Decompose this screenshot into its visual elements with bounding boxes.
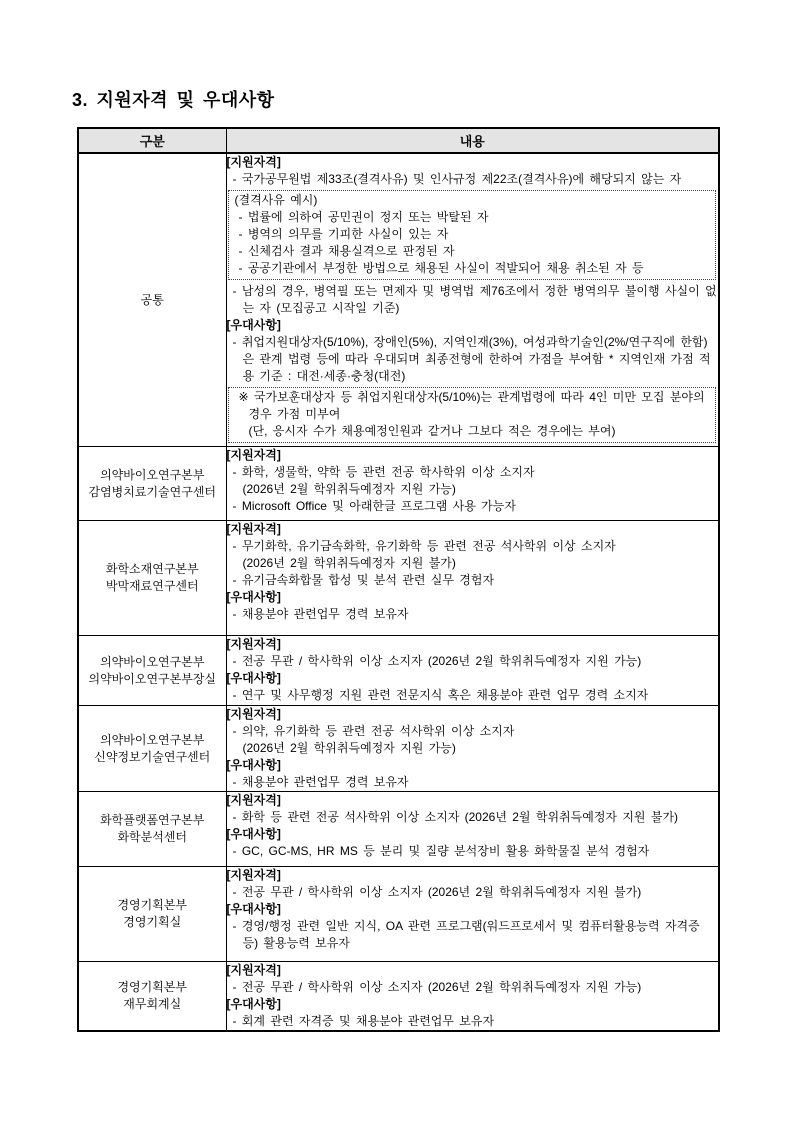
content-line: - 병역의 의무를 기피한 사실이 있는 자 [233, 226, 712, 243]
category-line: 화학소재연구본부 [79, 561, 226, 578]
section-header: [지원자격] [227, 792, 719, 809]
category-line: 재무회계실 [79, 996, 226, 1013]
category-cell: 화학플랫폼연구본부화학분석센터 [78, 792, 226, 867]
category-line: 화학분석센터 [79, 829, 226, 846]
category-line: 의약바이오연구본부 [79, 732, 226, 749]
category-line: 의약바이오연구본부 [79, 467, 226, 484]
category-line: 신약정보기술연구센터 [79, 749, 226, 766]
category-cell: 의약바이오연구본부신약정보기술연구센터 [78, 706, 226, 792]
table-header-row: 구분 내용 [78, 128, 719, 153]
table-row: 경영기획본부경영기획실[지원자격]- 전공 무관 / 학사학위 이상 소지자 (… [78, 867, 719, 962]
section-header: [지원자격] [227, 962, 719, 979]
content-cell: [지원자격]- 무기화학, 유기금속화학, 유기화학 등 관련 전공 석사학위 … [226, 521, 719, 636]
content-line: - 의약, 유기화학 등 관련 전공 석사학위 이상 소지자 [227, 723, 719, 740]
content-line: (단, 응시자 수가 채용예정인원과 같거나 그보다 적은 경우에는 부여) [233, 423, 712, 440]
section-header: [우대사항] [227, 589, 719, 606]
section-header: [지원자격] [227, 867, 719, 884]
category-line: 의약바이오연구본부 [79, 654, 226, 671]
table-row: 의약바이오연구본부의약바이오연구본부장실[지원자격]- 전공 무관 / 학사학위… [78, 636, 719, 706]
table-row: 화학플랫폼연구본부화학분석센터[지원자격]- 화학 등 관련 전공 석사학위 이… [78, 792, 719, 867]
table-header: 구분 내용 [78, 128, 719, 153]
category-line: 화학플랫폼연구본부 [79, 812, 226, 829]
table-row: 화학소재연구본부박막재료연구센터[지원자격]- 무기화학, 유기금속화학, 유기… [78, 521, 719, 636]
section-header: [지원자격] [227, 521, 719, 538]
section-header: [우대사항] [227, 670, 719, 687]
section-header: [우대사항] [227, 317, 719, 334]
content-line: - 전공 무관 / 학사학위 이상 소지자 (2026년 2월 학위취득예정자 … [227, 884, 719, 901]
content-line: - 법률에 의하여 공민권이 정지 또는 박탈된 자 [233, 209, 712, 226]
document-page: 3. 지원자격 및 우대사항 구분 내용 공통[지원자격]- 국가공무원법 제3… [0, 0, 793, 1121]
content-line: - 취업지원대상자(5/10%), 장애인(5%), 지역인재(3%), 여성과… [227, 334, 719, 385]
content-line: - 화학, 생물학, 약학 등 관련 전공 학사학위 이상 소지자 [227, 464, 719, 481]
category-cell: 경영기획본부경영기획실 [78, 867, 226, 962]
content-line: - 남성의 경우, 병역필 또는 면제자 및 병역법 제76조에서 정한 병역의… [227, 283, 719, 317]
category-cell: 의약바이오연구본부감염병치료기술연구센터 [78, 447, 226, 521]
category-line: 경영기획본부 [79, 979, 226, 996]
table-row: 의약바이오연구본부신약정보기술연구센터[지원자격]- 의약, 유기화학 등 관련… [78, 706, 719, 792]
content-cell: [지원자격]- 국가공무원법 제33조(결격사유) 및 인사규정 제22조(결격… [226, 153, 719, 447]
dotted-note-box: (결격사유 예시)- 법률에 의하여 공민권이 정지 또는 박탈된 자- 병역의… [228, 190, 717, 280]
content-cell: [지원자격]- 의약, 유기화학 등 관련 전공 석사학위 이상 소지자(202… [226, 706, 719, 792]
content-line: (결격사유 예시) [233, 192, 712, 209]
table-row: 의약바이오연구본부감염병치료기술연구센터[지원자격]- 화학, 생물학, 약학 … [78, 447, 719, 521]
category-line: 경영기획본부 [79, 897, 226, 914]
section-header: [우대사항] [227, 901, 719, 918]
category-line: 의약바이오연구본부장실 [79, 671, 226, 688]
content-cell: [지원자격]- 전공 무관 / 학사학위 이상 소지자 (2026년 2월 학위… [226, 962, 719, 1032]
content-line: - 무기화학, 유기금속화학, 유기화학 등 관련 전공 석사학위 이상 소지자 [227, 538, 719, 555]
category-cell: 공통 [78, 153, 226, 447]
table-row: 경영기획본부재무회계실[지원자격]- 전공 무관 / 학사학위 이상 소지자 (… [78, 962, 719, 1032]
content-line: - GC, GC-MS, HR MS 등 분리 및 질량 분석장비 활용 화학물… [227, 843, 719, 860]
section-header: [지원자격] [227, 447, 719, 464]
column-header-category: 구분 [78, 128, 226, 153]
category-cell: 경영기획본부재무회계실 [78, 962, 226, 1032]
content-line: (2026년 2월 학위취득예정자 지원 불가) [227, 555, 719, 572]
content-line: - 유기금속화합물 합성 및 분석 관련 실무 경험자 [227, 572, 719, 589]
content-line: - 채용분야 관련업무 경력 보유자 [227, 774, 719, 791]
category-line: 경영기획실 [79, 914, 226, 931]
category-cell: 의약바이오연구본부의약바이오연구본부장실 [78, 636, 226, 706]
category-cell: 화학소재연구본부박막재료연구센터 [78, 521, 226, 636]
section-header: [지원자격] [227, 636, 719, 653]
page-title: 3. 지원자격 및 우대사항 [72, 86, 275, 112]
content-line: - 전공 무관 / 학사학위 이상 소지자 (2026년 2월 학위취득예정자 … [227, 653, 719, 670]
content-line: - 경영/행정 관련 일반 지식, OA 관련 프로그램(워드프로세서 및 컴퓨… [227, 918, 719, 952]
column-header-content: 내용 [226, 128, 719, 153]
content-cell: [지원자격]- 전공 무관 / 학사학위 이상 소지자 (2026년 2월 학위… [226, 867, 719, 962]
content-line: - Microsoft Office 및 아래한글 프로그램 사용 가능자 [227, 498, 719, 515]
content-line: - 공공기관에서 부정한 방법으로 채용된 사실이 적발되어 채용 취소된 자 … [233, 260, 712, 277]
category-line: 감염병치료기술연구센터 [79, 484, 226, 501]
content-cell: [지원자격]- 전공 무관 / 학사학위 이상 소지자 (2026년 2월 학위… [226, 636, 719, 706]
content-line: - 전공 무관 / 학사학위 이상 소지자 (2026년 2월 학위취득예정자 … [227, 979, 719, 996]
section-header: [우대사항] [227, 826, 719, 843]
content-cell: [지원자격]- 화학, 생물학, 약학 등 관련 전공 학사학위 이상 소지자(… [226, 447, 719, 521]
section-header: [우대사항] [227, 996, 719, 1013]
content-line: - 신체검사 결과 채용실격으로 판정된 자 [233, 243, 712, 260]
section-header: [지원자격] [227, 706, 719, 723]
content-line: - 국가공무원법 제33조(결격사유) 및 인사규정 제22조(결격사유)에 해… [227, 171, 719, 188]
category-line: 공통 [79, 292, 226, 309]
qualifications-table: 구분 내용 공통[지원자격]- 국가공무원법 제33조(결격사유) 및 인사규정… [77, 127, 720, 1032]
content-line: - 회계 관련 자격증 및 채용분야 관련업무 보유자 [227, 1013, 719, 1030]
section-header: [지원자격] [227, 154, 719, 171]
content-line: (2026년 2월 학위취득예정자 지원 가능) [227, 740, 719, 757]
dotted-note-box: ※ 국가보훈대상자 등 취업지원대상자(5/10%)는 관계법령에 따라 4인 … [228, 387, 717, 443]
content-line: - 연구 및 사무행정 지원 관련 전문지식 혹은 채용분야 관련 업무 경력 … [227, 687, 719, 704]
content-line: (2026년 2월 학위취득예정자 지원 가능) [227, 481, 719, 498]
content-line: - 채용분야 관련업무 경력 보유자 [227, 606, 719, 623]
category-line: 박막재료연구센터 [79, 578, 226, 595]
table-row: 공통[지원자격]- 국가공무원법 제33조(결격사유) 및 인사규정 제22조(… [78, 153, 719, 447]
section-header: [우대사항] [227, 757, 719, 774]
content-line: ※ 국가보훈대상자 등 취업지원대상자(5/10%)는 관계법령에 따라 4인 … [233, 389, 712, 423]
content-line: - 화학 등 관련 전공 석사학위 이상 소지자 (2026년 2월 학위취득예… [227, 809, 719, 826]
table-body: 공통[지원자격]- 국가공무원법 제33조(결격사유) 및 인사규정 제22조(… [78, 153, 719, 1031]
content-cell: [지원자격]- 화학 등 관련 전공 석사학위 이상 소지자 (2026년 2월… [226, 792, 719, 867]
